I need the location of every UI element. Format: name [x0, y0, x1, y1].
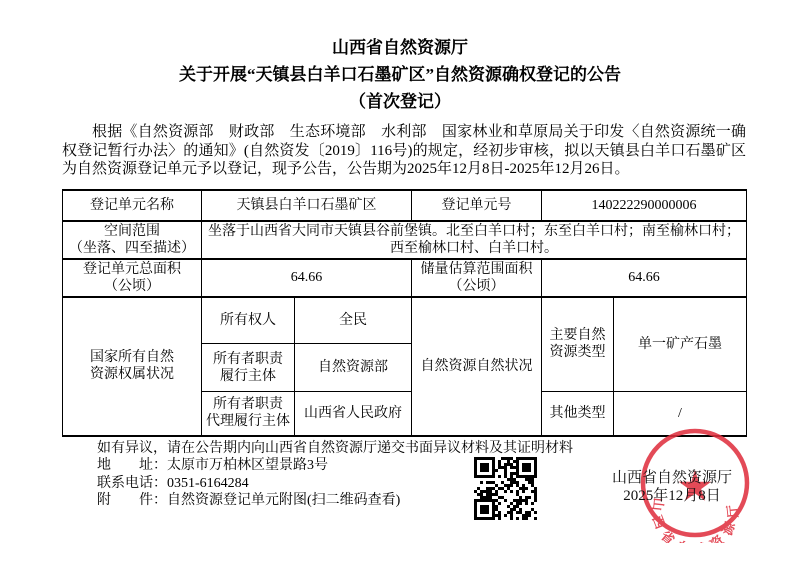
document-title: 山西省自然资源厅 关于开展“天镇县白羊口石墨矿区”自然资源确权登记的公告 （首次… [0, 34, 800, 115]
table-row-area: 登记单元总面积 （公顷） 64.66 储量估算范围面积 （公顷） 64.66 [63, 259, 747, 297]
table-row-owner: 国家所有自然 资源权属状况 所有权人 全民 自然资源自然状况 主要自然 资源类型… [63, 297, 747, 344]
main-type-value-cell: 单一矿产石墨 [614, 297, 747, 392]
nature-label-cell: 自然资源自然状况 [412, 297, 542, 436]
owner-label-cell: 所有权人 [202, 297, 295, 344]
signature-block: 山西省自然资源厅 2025年12月8日 [592, 470, 752, 505]
spatial-desc-cell: 坐落于山西省大同市天镇县谷前堡镇。北至白羊口村；东至白羊口村；南至榆林口村；西至… [202, 221, 747, 259]
total-area-label-cell: 登记单元总面积 （公顷） [63, 259, 202, 297]
title-org-line: 山西省自然资源厅 [0, 34, 800, 61]
registration-table: 登记单元名称 天镇县白羊口石墨矿区 登记单元号 140222290000006 … [62, 189, 747, 437]
duty-value-cell: 自然资源部 [295, 344, 412, 392]
table-row-spatial: 空间范围 （坐落、四至描述） 坐落于山西省大同市天镇县谷前堡镇。北至白羊口村；东… [63, 221, 747, 259]
unit-name-value-cell: 天镇县白羊口石墨矿区 [202, 190, 412, 221]
other-type-label-cell: 其他类型 [542, 392, 614, 436]
unit-no-label-cell: 登记单元号 [412, 190, 542, 221]
unit-name-label-cell: 登记单元名称 [63, 190, 202, 221]
reserve-area-label-cell: 储量估算范围面积 （公顷） [412, 259, 542, 297]
title-subject-line: 关于开展“天镇县白羊口石墨矿区”自然资源确权登记的公告 [0, 61, 800, 88]
qr-code-icon [474, 457, 537, 520]
agent-value-cell: 山西省人民政府 [295, 392, 412, 436]
unit-no-value-cell: 140222290000006 [542, 190, 747, 221]
signature-org: 山西省自然资源厅 [592, 470, 752, 488]
title-type-line: （首次登记） [0, 88, 800, 115]
announcement-page: 山西省自然资源厅 关于开展“天镇县白羊口石墨矿区”自然资源确权登记的公告 （首次… [0, 0, 800, 565]
duty-label-cell: 所有者职责 履行主体 [202, 344, 295, 392]
reserve-area-value-cell: 64.66 [542, 259, 747, 297]
main-type-label-cell: 主要自然 资源类型 [542, 297, 614, 392]
ownership-label-cell: 国家所有自然 资源权属状况 [63, 297, 202, 436]
owner-value-cell: 全民 [295, 297, 412, 344]
table-row-unit: 登记单元名称 天镇县白羊口石墨矿区 登记单元号 140222290000006 [63, 190, 747, 221]
total-area-value-cell: 64.66 [202, 259, 412, 297]
signature-date: 2025年12月8日 [592, 488, 752, 506]
agent-label-cell: 所有者职责 代理履行主体 [202, 392, 295, 436]
intro-paragraph: 根据《自然资源部 财政部 生态环境部 水利部 国家林业和草原局关于印发〈自然资源… [62, 123, 746, 179]
spatial-label-cell: 空间范围 （坐落、四至描述） [63, 221, 202, 259]
